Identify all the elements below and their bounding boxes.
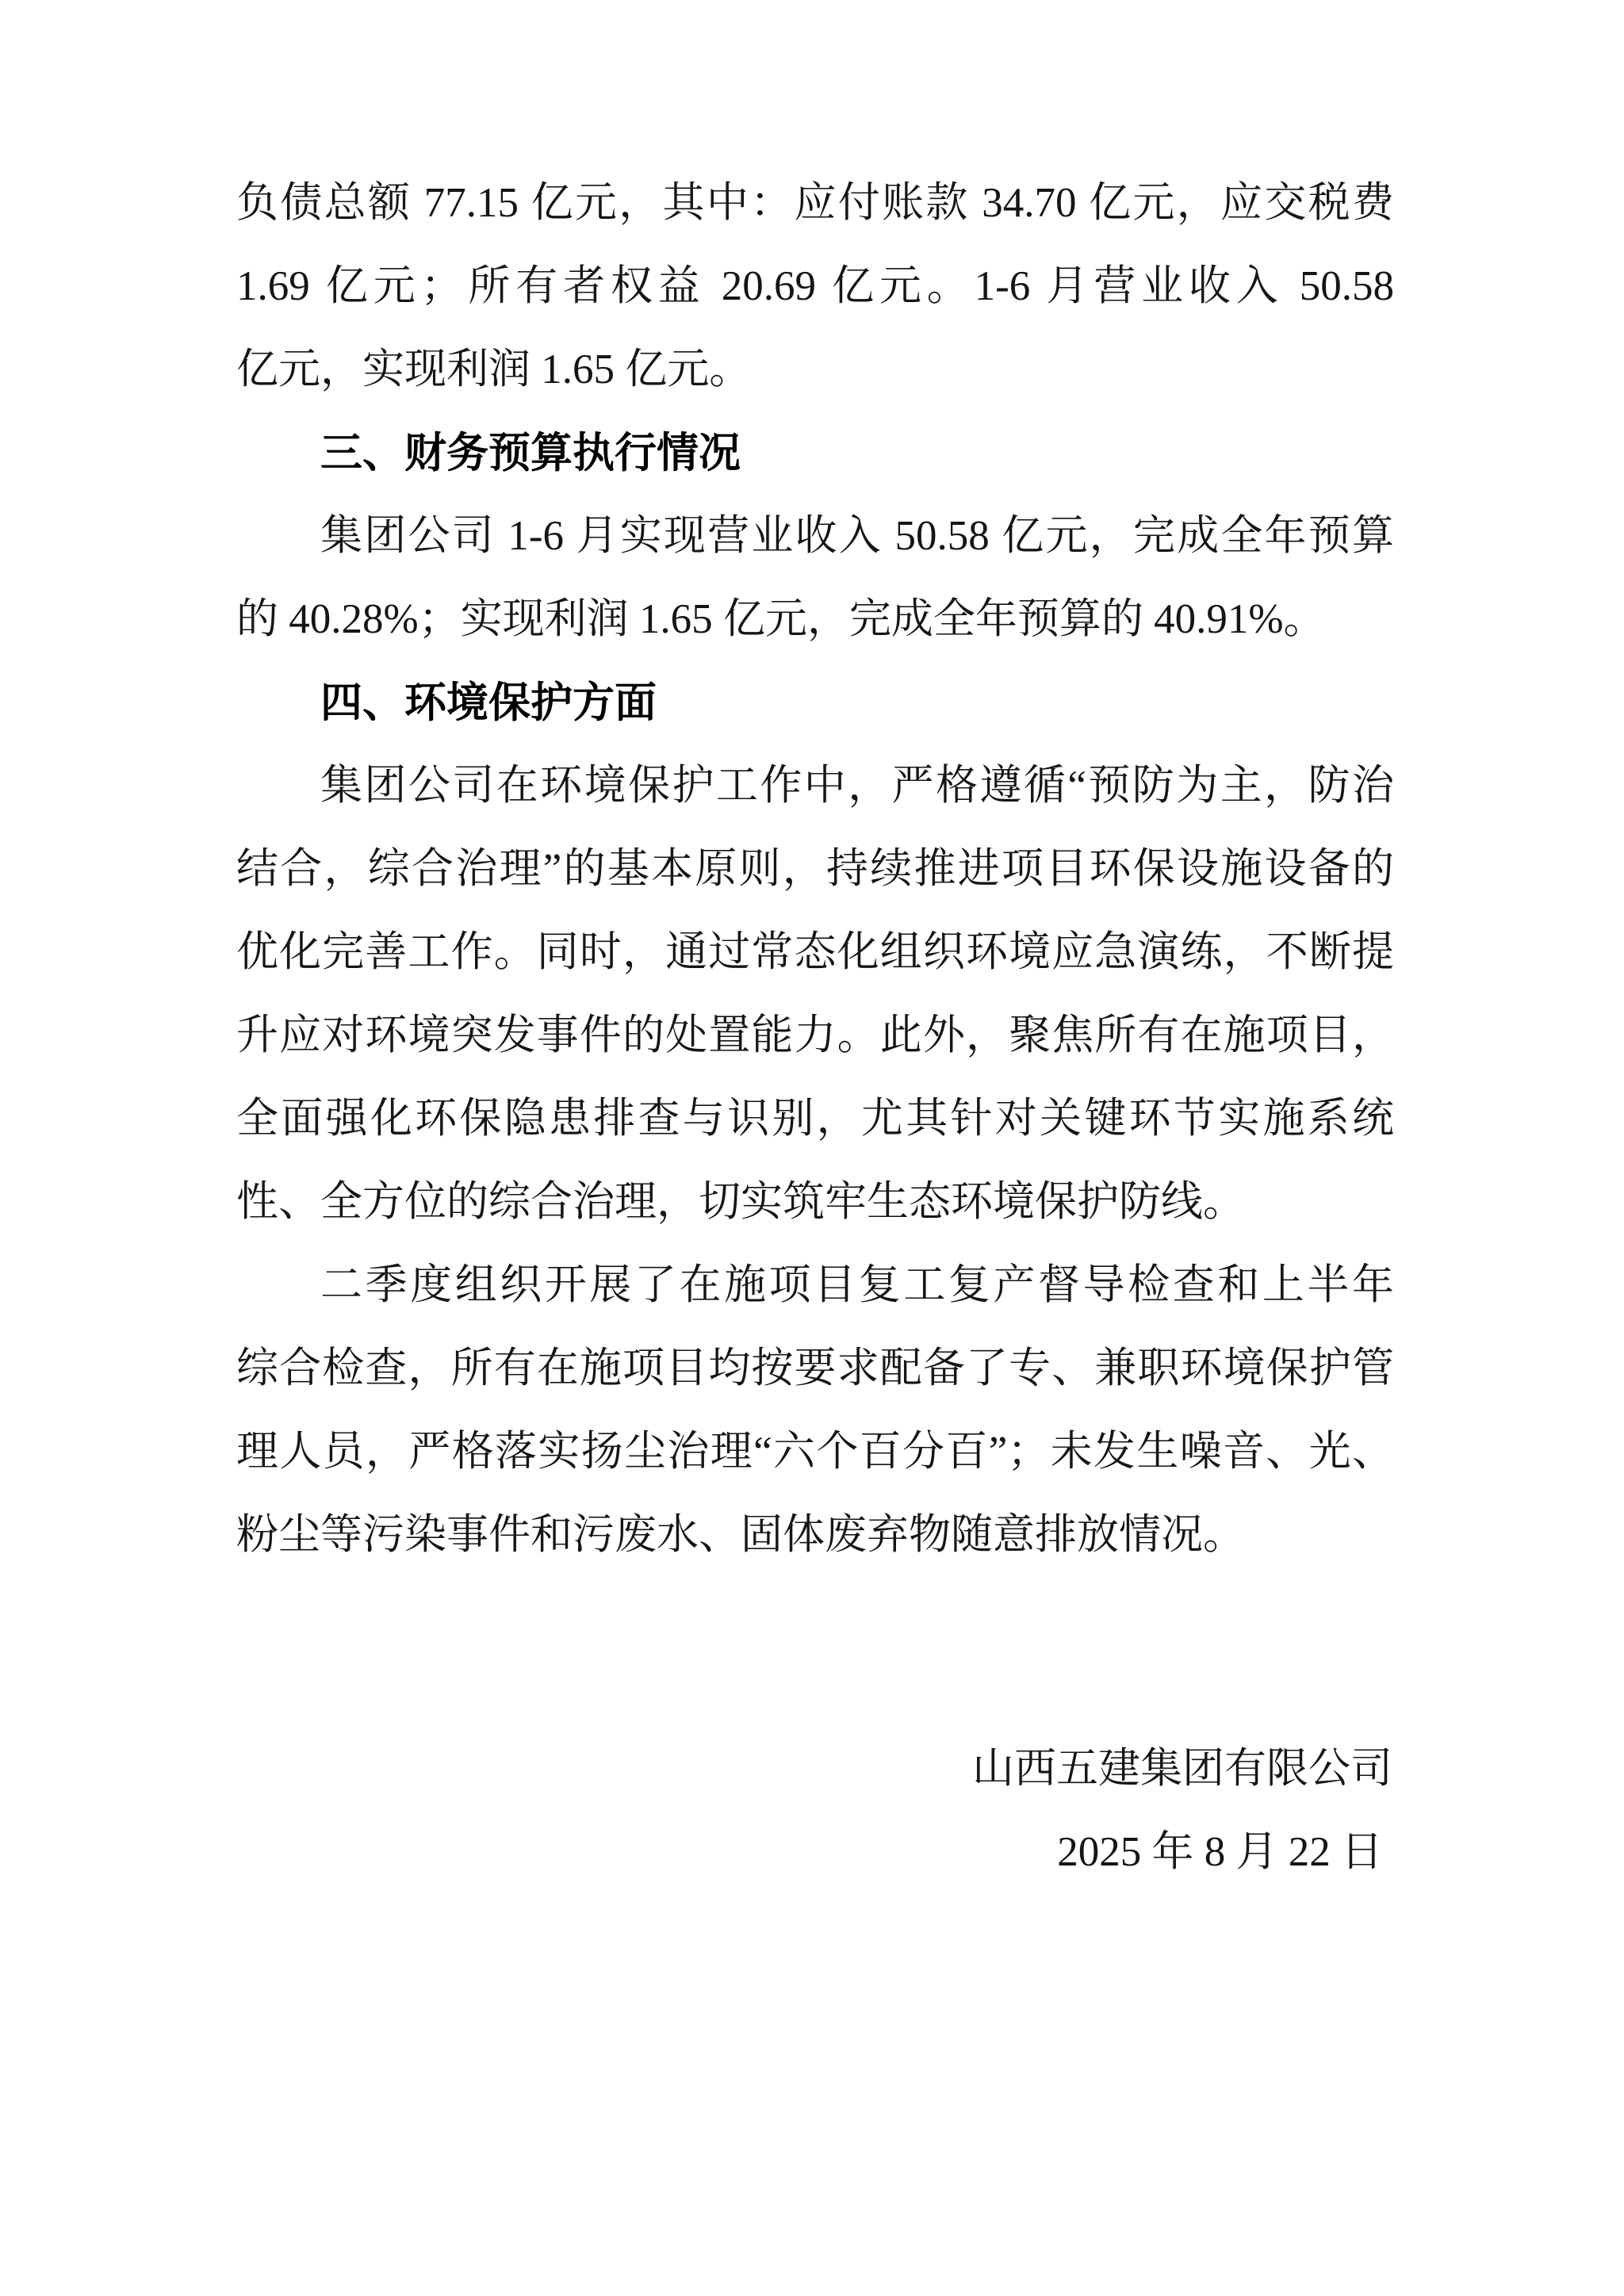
body-line: 集团公司在环境保护工作中，严格遵循“预防为主，防治 <box>236 744 1394 828</box>
body-line: 优化完善工作。同时，通过常态化组织环境应急演练，不断提 <box>236 911 1394 994</box>
signature-gap <box>236 1577 1394 1728</box>
paragraph-environment-inspection: 二季度组织开展了在施项目复工复产督导检查和上半年 综合检查，所有在施项目均按要求… <box>236 1244 1394 1577</box>
paragraph-environment-policy: 集团公司在环境保护工作中，严格遵循“预防为主，防治 结合，综合治理”的基本原则，… <box>236 744 1394 1244</box>
body-line: 综合检查，所有在施项目均按要求配备了专、兼职环境保护管 <box>236 1327 1394 1410</box>
body-line: 全面强化环保隐患排查与识别，尤其针对关键环节实施系统 <box>236 1077 1394 1161</box>
section-heading-environment: 四、环境保护方面 <box>236 661 1394 744</box>
body-line: 理人员，严格落实扬尘治理“六个百分百”；未发生噪音、光、 <box>236 1410 1394 1494</box>
section-heading-budget-execution: 三、财务预算执行情况 <box>236 411 1394 495</box>
body-line: 粉尘等污染事件和污废水、固体废弃物随意排放情况。 <box>236 1494 1394 1577</box>
paragraph-budget-execution: 集团公司 1-6 月实现营业收入 50.58 亿元，完成全年预算 的 40.28… <box>236 495 1394 661</box>
signature-company-name: 山西五建集团有限公司 <box>236 1728 1394 1811</box>
body-line: 性、全方位的综合治理，切实筑牢生态环境保护防线。 <box>236 1161 1394 1244</box>
body-line: 升应对环境突发事件的处置能力。此外，聚焦所有在施项目， <box>236 994 1394 1077</box>
body-line: 负债总额 77.15 亿元，其中：应付账款 34.70 亿元，应交税费 <box>236 162 1394 245</box>
signature-block: 山西五建集团有限公司 2025 年 8 月 22 日 <box>236 1728 1394 1894</box>
body-line: 1.69 亿元；所有者权益 20.69 亿元。1-6 月营业收入 50.58 <box>236 245 1394 328</box>
body-line: 亿元，实现利润 1.65 亿元。 <box>236 328 1394 411</box>
body-line: 的 40.28%；实现利润 1.65 亿元，完成全年预算的 40.91%。 <box>236 578 1394 661</box>
paragraph-finance-summary: 负债总额 77.15 亿元，其中：应付账款 34.70 亿元，应交税费 1.69… <box>236 162 1394 411</box>
body-line: 集团公司 1-6 月实现营业收入 50.58 亿元，完成全年预算 <box>236 495 1394 578</box>
signature-date: 2025 年 8 月 22 日 <box>236 1811 1394 1894</box>
body-line: 二季度组织开展了在施项目复工复产督导检查和上半年 <box>236 1244 1394 1327</box>
body-line: 结合，综合治理”的基本原则，持续推进项目环保设施设备的 <box>236 828 1394 911</box>
document-page: 负债总额 77.15 亿元，其中：应付账款 34.70 亿元，应交税费 1.69… <box>0 0 1624 2296</box>
